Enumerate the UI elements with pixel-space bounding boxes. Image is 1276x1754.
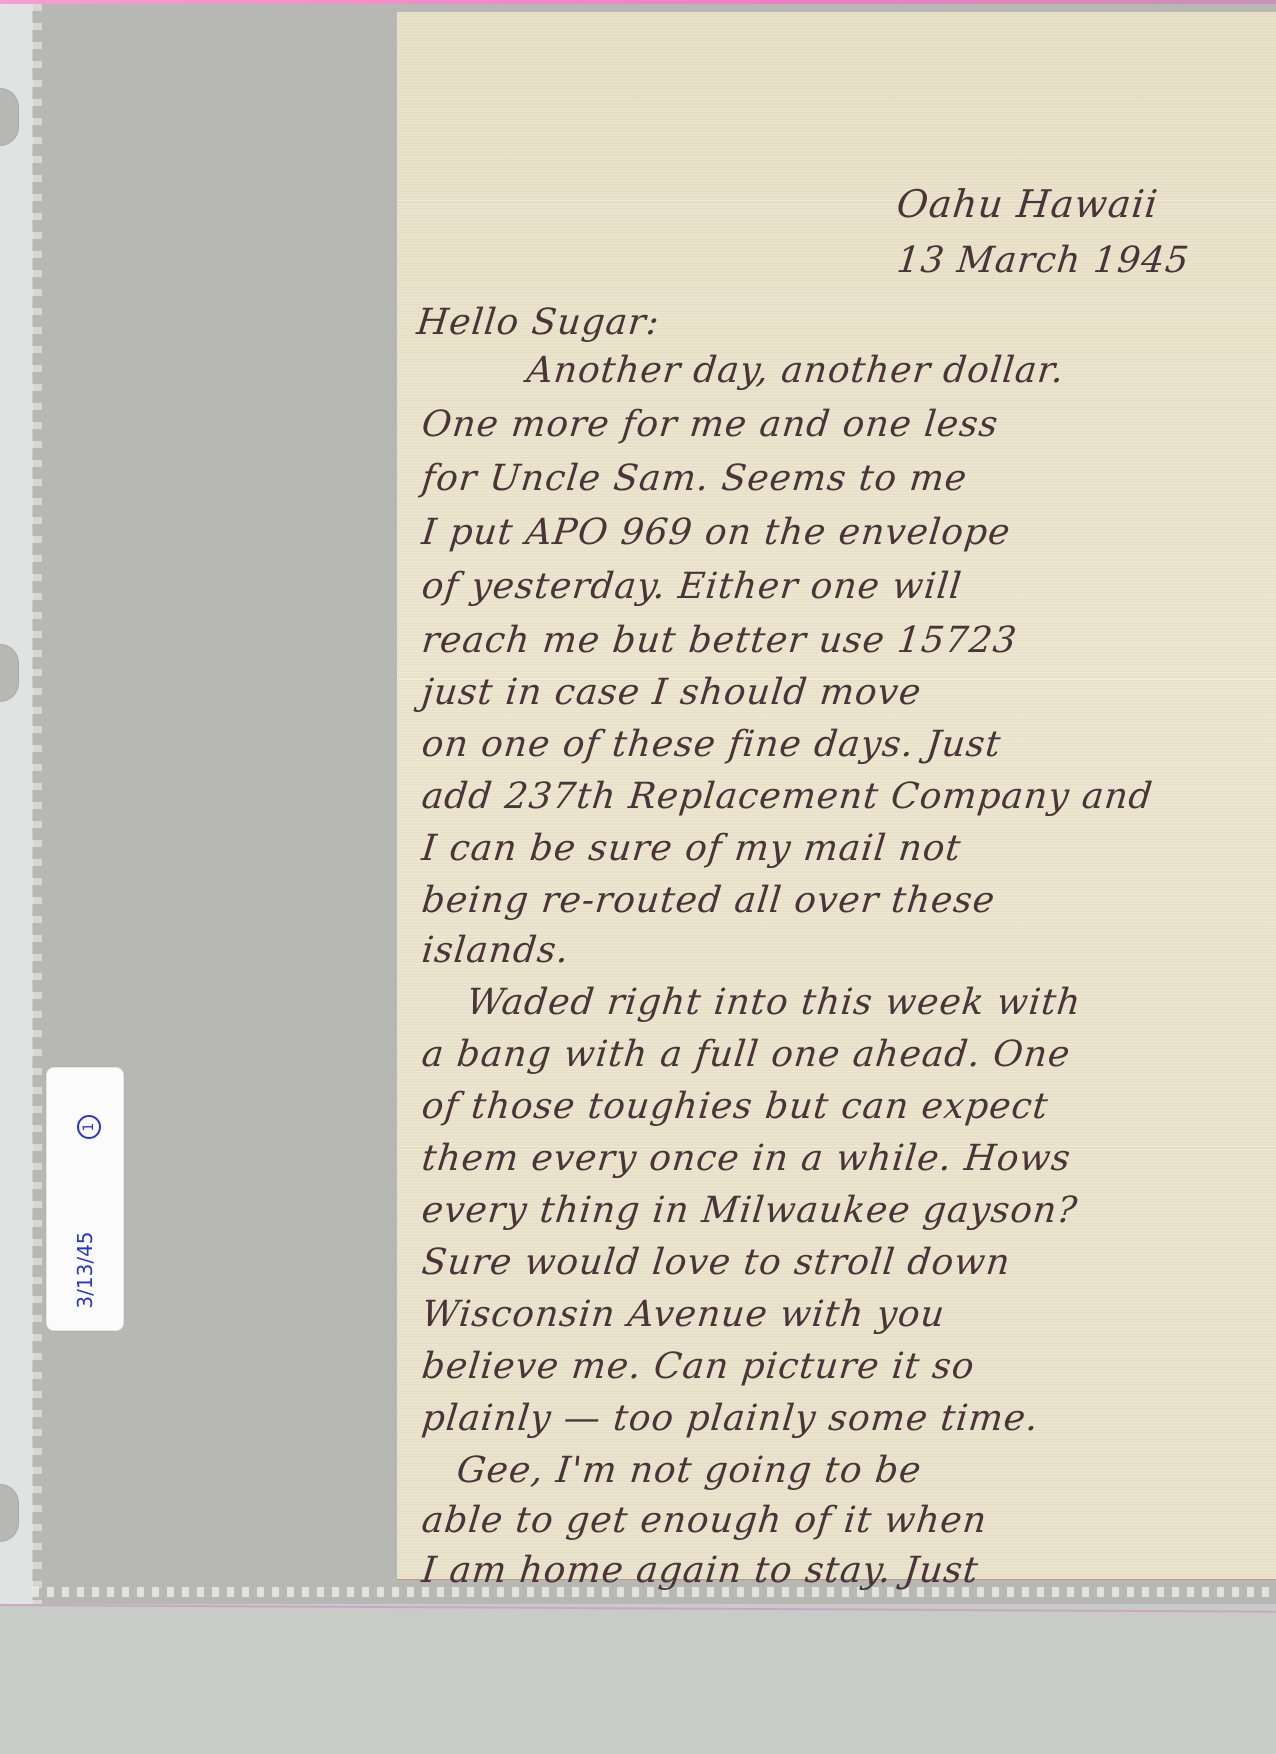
letter-salutation: Hello Sugar: — [415, 302, 662, 343]
sleeve-binding-edge — [0, 4, 33, 1604]
letter-line: able to get enough of it when — [420, 1500, 989, 1541]
letter-line: every thing in Milwaukee gayson? — [420, 1190, 1080, 1231]
label-page-number: 1 — [71, 1112, 101, 1142]
letter-line: add 237th Replacement Company and — [420, 776, 1155, 817]
letter-date: 13 March 1945 — [895, 240, 1192, 281]
letter-line: plainly — too plainly some time. — [420, 1398, 1041, 1439]
letter-place: Oahu Hawaii — [895, 182, 1161, 226]
letter-line: islands. — [420, 930, 571, 971]
letter-line: on one of these fine days. Just — [420, 724, 1003, 765]
letter-line: Wisconsin Avenue with you — [420, 1294, 947, 1335]
letter-line: Sure would love to stroll down — [420, 1242, 1013, 1283]
letter-line: Gee, I'm not going to be — [455, 1450, 924, 1491]
letter-line: I am home again to stay. Just — [420, 1550, 981, 1591]
letter-line: of those toughies but can expect — [420, 1086, 1051, 1127]
punch-hole-icon — [0, 1484, 19, 1542]
letter-line: for Uncle Sam. Seems to me — [420, 458, 969, 499]
letter-line: of yesterday. Either one will — [420, 566, 964, 607]
letter-line: reach me but better use 15723 — [420, 620, 1019, 661]
label-date: 3/13/45 — [73, 1220, 97, 1320]
letter-line: believe me. Can picture it so — [420, 1346, 977, 1387]
letter-line: just in case I should move — [420, 672, 924, 713]
punch-hole-icon — [0, 88, 19, 146]
letter-line: being re-routed all over these — [420, 880, 997, 921]
letter-line: Another day, another dollar. — [525, 350, 1067, 391]
archive-label: 1 3/13/45 — [46, 1067, 124, 1331]
punch-hole-icon — [0, 644, 19, 702]
letter-line: a bang with a full one ahead. One — [420, 1034, 1073, 1075]
letter-line: them every once in a while. Hows — [420, 1138, 1073, 1179]
letter-page: Oahu Hawaii 13 March 1945 Hello Sugar: A… — [397, 12, 1276, 1579]
letter-line: I can be sure of my mail not — [420, 828, 963, 869]
letter-line: One more for me and one less — [420, 404, 1001, 445]
sleeve-bottom-edge — [0, 1604, 1276, 1613]
letter-line: I put APO 969 on the envelope — [420, 512, 1013, 553]
letter-line: Waded right into this week with — [465, 982, 1083, 1023]
sleeve-weld-seam — [32, 4, 42, 1604]
